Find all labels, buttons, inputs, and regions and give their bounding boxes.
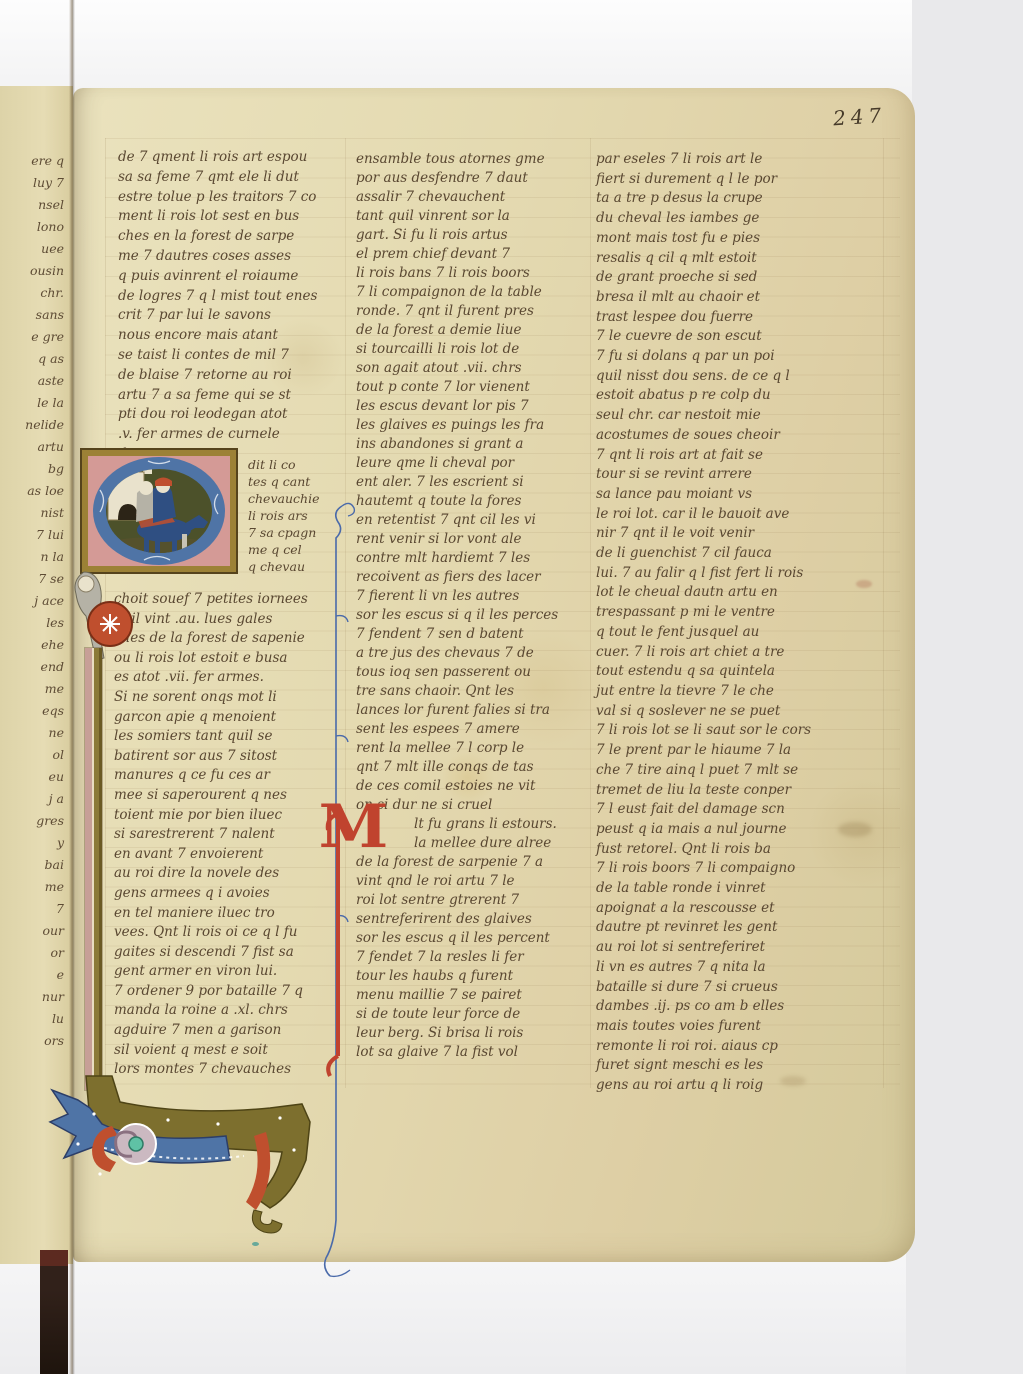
text-line: 7 fendent 7 sen d batent — [356, 625, 588, 644]
text-line: 7 li rois lot se li saut sor le cors — [596, 721, 886, 741]
text-fragment: le la — [0, 392, 64, 414]
text-line: se taist li contes de mil 7 — [118, 346, 350, 366]
text-fragment: gres — [0, 810, 64, 832]
text-line: leure qme li cheval por — [356, 454, 588, 473]
text-line: recoivent as fiers des lacer — [356, 568, 588, 587]
text-line: de 7 qment li rois art espou — [118, 148, 350, 168]
text-line: le roi lot. car il le bauoit ave — [596, 505, 886, 525]
text-line: 7 li compaignon de la table — [356, 283, 588, 302]
text-line: mont mais tost fu e pies — [596, 229, 886, 249]
text-line: tour les haubs q furent — [356, 967, 588, 986]
pen-flourish-icon — [318, 496, 362, 1300]
text-line: assalir 7 chevauchent — [356, 188, 588, 207]
text-line: sil voient q mest e soit — [114, 1041, 352, 1061]
text-fragment: luy 7 — [0, 172, 64, 194]
miniature-initial: O — [80, 448, 238, 574]
text-line: .v. fer armes de curnele — [118, 425, 350, 445]
text-line: ches de la forest de sapenie — [114, 629, 352, 649]
text-line: li vn es autres 7 q nita la — [596, 958, 886, 978]
text-line: lui. 7 au falir q l fist fert li rois — [596, 564, 886, 584]
previous-page-text-fragments: ere qluy 7nsellonoueeousinchr.sanse greq… — [0, 150, 64, 1052]
text-line: manures q ce fu ces ar — [114, 766, 352, 786]
text-line: du cheval les iambes ge — [596, 209, 886, 229]
text-line: estoit abatus p re colp du — [596, 386, 886, 406]
text-line: quil nisst dou sens. de ce q l — [596, 367, 886, 387]
text-line: on si dur ne si cruel — [356, 796, 588, 815]
text-line: la mellee dure alree — [356, 834, 588, 853]
text-line: fust retorel. Qnt li rois ba — [596, 840, 886, 860]
text-line: vees. Qnt li rois oi ce q l fu — [114, 923, 352, 943]
text-line: en avant 7 envoierent — [114, 845, 352, 865]
text-fragment: eu — [0, 766, 64, 788]
text-line: 7 fu si dolans q par un poi — [596, 347, 886, 367]
text-fragment: or — [0, 942, 64, 964]
text-line: tant quil vinrent sor la — [356, 207, 588, 226]
text-line: apoignat a la rescousse et — [596, 899, 886, 919]
text-fragment: ors — [0, 1030, 64, 1052]
text-line: lot sa glaive 7 la fist vol — [356, 1043, 588, 1062]
text-line: son agait atout .vii. chrs — [356, 359, 588, 378]
text-line: roi lot sentre gtrerent 7 — [356, 891, 588, 910]
text-fragment: bg — [0, 458, 64, 480]
text-line: acostumes de soues cheoir — [596, 426, 886, 446]
text-line: resalis q cil q mlt estoit — [596, 249, 886, 269]
text-fragment: e gre — [0, 326, 64, 348]
text-fragment: ol — [0, 744, 64, 766]
text-fragment: as loe — [0, 480, 64, 502]
text-fragment: lono — [0, 216, 64, 238]
text-fragment: ere q — [0, 150, 64, 172]
text-fragment: 7 — [0, 898, 64, 920]
text-line: ou li rois lot estoit e busa — [114, 649, 352, 669]
text-fragment: les — [0, 612, 64, 634]
text-fragment: nsel — [0, 194, 64, 216]
text-line: ensamble tous atornes gme — [356, 150, 588, 169]
text-fragment: our — [0, 920, 64, 942]
text-fragment: ehe — [0, 634, 64, 656]
text-line: tre sans chaoir. Qnt les — [356, 682, 588, 701]
text-fragment: q as — [0, 348, 64, 370]
text-line: q tout le fent jusquel au — [596, 623, 886, 643]
text-line: gart. Si fu li rois artus — [356, 226, 588, 245]
secondary-initial-m: M — [319, 792, 378, 870]
text-line: sentreferirent des glaives — [356, 910, 588, 929]
text-line: furet signt meschi es les — [596, 1056, 886, 1076]
text-line: les somiers tant quil se — [114, 727, 352, 747]
pages-edge-bottom — [0, 1252, 906, 1374]
text-line: lt fu grans li estours. — [356, 815, 588, 834]
text-line: manda la roine a .xl. chrs — [114, 1001, 352, 1021]
text-fragment: sans — [0, 304, 64, 326]
text-line: garcon apie q menoient — [114, 708, 352, 728]
column-2: ensamble tous atornes gmepor aus desfend… — [356, 150, 588, 1062]
text-line: lot le cheual dautn artu en — [596, 583, 886, 603]
text-line: en retentist 7 qnt cil les vi — [356, 511, 588, 530]
text-line: leur berg. Si brisa li rois — [356, 1024, 588, 1043]
text-line: dautre pt revinret les gent — [596, 918, 886, 938]
text-line: che 7 tire ainq l puet 7 mlt se — [596, 761, 886, 781]
text-line: de ces comil estoies ne vit — [356, 777, 588, 796]
text-line: nous encore mais atant — [118, 326, 350, 346]
text-fragment: nur — [0, 986, 64, 1008]
text-line: por aus desfendre 7 daut — [356, 169, 588, 188]
text-fragment: bai — [0, 854, 64, 876]
text-line: 7 fierent li vn les autres — [356, 587, 588, 606]
text-line: es atot .vii. fer armes. — [114, 668, 352, 688]
text-line: sa lance pau moiant vs — [596, 485, 886, 505]
text-line: val si q soslever ne se puet — [596, 702, 886, 722]
text-fragment: e — [0, 964, 64, 986]
stain — [838, 822, 872, 837]
text-fragment: y — [0, 832, 64, 854]
text-line: sor les escus si q il les perces — [356, 606, 588, 625]
column-1-upper: de 7 qment li rois art espousa sa feme 7… — [118, 148, 350, 465]
text-fragment: chr. — [0, 282, 64, 304]
text-line: de grant proeche si sed — [596, 268, 886, 288]
text-line: 7 le prent par le hiaume 7 la — [596, 741, 886, 761]
text-line: les escus devant lor pis 7 — [356, 397, 588, 416]
text-line: gens au roi artu q li roig — [596, 1076, 886, 1096]
miniature-illustration-icon — [80, 448, 238, 574]
ink-speck — [252, 1242, 259, 1246]
text-fragment: ne — [0, 722, 64, 744]
text-fragment: j a — [0, 788, 64, 810]
text-fragment: me — [0, 678, 64, 700]
text-line: tour si se revint arrere — [596, 465, 886, 485]
text-line: gens armees q i avoies — [114, 884, 352, 904]
text-line: dit li co — [248, 456, 352, 473]
text-line: contre mlt hardiemt 7 les — [356, 549, 588, 568]
text-line: ent aler. 7 les escrient si — [356, 473, 588, 492]
text-line: agduire 7 men a garison — [114, 1021, 352, 1041]
text-line: mee si saperourent q nes — [114, 786, 352, 806]
initial-descender-bar — [85, 648, 102, 1090]
text-line: quil vint .au. lues gales — [114, 610, 352, 630]
text-line: 7 ordener 9 por bataille 7 q — [114, 982, 352, 1002]
text-line: vint qnd le roi artu 7 le — [356, 872, 588, 891]
text-line: crit 7 par lui le savons — [118, 306, 350, 326]
column-3: par eseles 7 li rois art lefiert si dure… — [596, 150, 886, 1096]
text-fragment: aste — [0, 370, 64, 392]
text-line: trast lespee dou fuerre — [596, 308, 886, 328]
text-line: toient mie por bien iluec — [114, 806, 352, 826]
text-line: jut entre la tievre 7 le che — [596, 682, 886, 702]
bookmark-ribbon — [40, 1250, 68, 1374]
text-line: sor les escus q il les percent — [356, 929, 588, 948]
text-line: el prem chief devant 7 — [356, 245, 588, 264]
foliate-border-ornament-icon — [48, 1074, 320, 1244]
text-fragment: eqs — [0, 700, 64, 722]
text-line: tes q cant — [248, 473, 352, 490]
text-line: a tre jus des chevaus 7 de — [356, 644, 588, 663]
text-fragment: ousin — [0, 260, 64, 282]
text-line: me 7 dautres coses asses — [118, 247, 350, 267]
text-line: qnt 7 mlt ille conqs de tas — [356, 758, 588, 777]
text-line: en tel maniere iluec tro — [114, 904, 352, 924]
text-line: pti dou roi leodegan atot — [118, 405, 350, 425]
text-fragment: nelide — [0, 414, 64, 436]
folio-number: 247 — [832, 102, 904, 131]
text-line: bresa il mlt au chaoir et — [596, 288, 886, 308]
stain — [780, 1076, 806, 1086]
text-line: nir 7 qnt il le voit venir — [596, 524, 886, 544]
text-line: ins abandones si grant a — [356, 435, 588, 454]
text-line: lances lor furent falies si tra — [356, 701, 588, 720]
text-line: ta a tre p desus la crupe — [596, 189, 886, 209]
text-line: rent la mellee 7 l corp le — [356, 739, 588, 758]
text-line: ronde. 7 qnt il furent pres — [356, 302, 588, 321]
text-fragment: end — [0, 656, 64, 678]
text-line: de la forest de sarpenie 7 a — [356, 853, 588, 872]
text-line: cuer. 7 li rois art chiet a tre — [596, 643, 886, 663]
text-line: tout estendu q sa quintela — [596, 662, 886, 682]
text-line: de blaise 7 retorne au roi — [118, 366, 350, 386]
text-line: si tourcailli li rois lot de — [356, 340, 588, 359]
text-line: les glaives es puings les fra — [356, 416, 588, 435]
text-line: si de toute leur force de — [356, 1005, 588, 1024]
text-line: ches en la forest de sarpe — [118, 227, 350, 247]
text-line: au roi lot si sentreferiret — [596, 938, 886, 958]
text-line: remonte li roi roi. aiaus cp — [596, 1037, 886, 1057]
text-line: menu maillie 7 se pairet — [356, 986, 588, 1005]
text-line: trespassant p mi le ventre — [596, 603, 886, 623]
text-line: tous ioq sen passerent ou — [356, 663, 588, 682]
text-line: bataille si dure 7 si crueus — [596, 978, 886, 998]
text-line: choit souef 7 petites iornees — [114, 590, 352, 610]
text-line: 7 fendet 7 la resles li fer — [356, 948, 588, 967]
text-line: tremet de liu la teste conper — [596, 781, 886, 801]
text-line: seul chr. car nestoit mie — [596, 406, 886, 426]
text-line: mais toutes voies furent — [596, 1017, 886, 1037]
text-fragment: artu — [0, 436, 64, 458]
text-line: dambes .ij. ps co am b elles — [596, 997, 886, 1017]
manuscript-photo: 247 ere qluy 7nsellonoueeousinchr.sanse … — [0, 0, 1023, 1374]
text-fragment: me — [0, 876, 64, 898]
text-line: 7 l eust fait del damage scn — [596, 800, 886, 820]
text-line: li rois bans 7 li rois boors — [356, 264, 588, 283]
text-line: gent armer en viron lui. — [114, 962, 352, 982]
text-fragment: nist — [0, 502, 64, 524]
text-line: tout p conte 7 lor vienent — [356, 378, 588, 397]
text-line: estre tolue p les traitors 7 co — [118, 188, 350, 208]
text-line: artu 7 a sa feme qui se st — [118, 386, 350, 406]
text-fragment: lu — [0, 1008, 64, 1030]
text-line: si sarestrerent 7 nalent — [114, 825, 352, 845]
text-fragment: 7 lui — [0, 524, 64, 546]
text-line: fiert si durement q l le por — [596, 170, 886, 190]
text-line: de li guenchist 7 cil fauca — [596, 544, 886, 564]
text-line: 7 qnt li rois art at fait se — [596, 446, 886, 466]
text-line: sent les espees 7 amere — [356, 720, 588, 739]
text-line: 7 le cuevre de son escut — [596, 327, 886, 347]
text-line: par eseles 7 li rois art le — [596, 150, 886, 170]
text-line: de logres 7 q l mist tout enes — [118, 287, 350, 307]
text-line: rent venir si lor vont ale — [356, 530, 588, 549]
text-line: Si ne sorent onqs mot li — [114, 688, 352, 708]
text-line: q puis avinrent el roiaume — [118, 267, 350, 287]
text-fragment: uee — [0, 238, 64, 260]
text-line: batirent sor aus 7 sitost — [114, 747, 352, 767]
text-line: au roi dire la novele des — [114, 864, 352, 884]
text-line: gaites si descendi 7 fist sa — [114, 943, 352, 963]
text-line: de la table ronde i vinret — [596, 879, 886, 899]
text-fragment: j ace — [0, 590, 64, 612]
text-line: de la forest a demie liue — [356, 321, 588, 340]
text-line: 7 li rois boors 7 li compaigno — [596, 859, 886, 879]
column-1-lower: choit souef 7 petites iorneesquil vint .… — [114, 590, 352, 1080]
marginal-mark — [856, 580, 872, 588]
text-fragment: 7 se — [0, 568, 64, 590]
text-line: hautemt q toute la fores — [356, 492, 588, 511]
text-line: sa sa feme 7 qmt ele li dut — [118, 168, 350, 188]
text-fragment: n la — [0, 546, 64, 568]
text-line: ment li rois lot sest en bus — [118, 207, 350, 227]
